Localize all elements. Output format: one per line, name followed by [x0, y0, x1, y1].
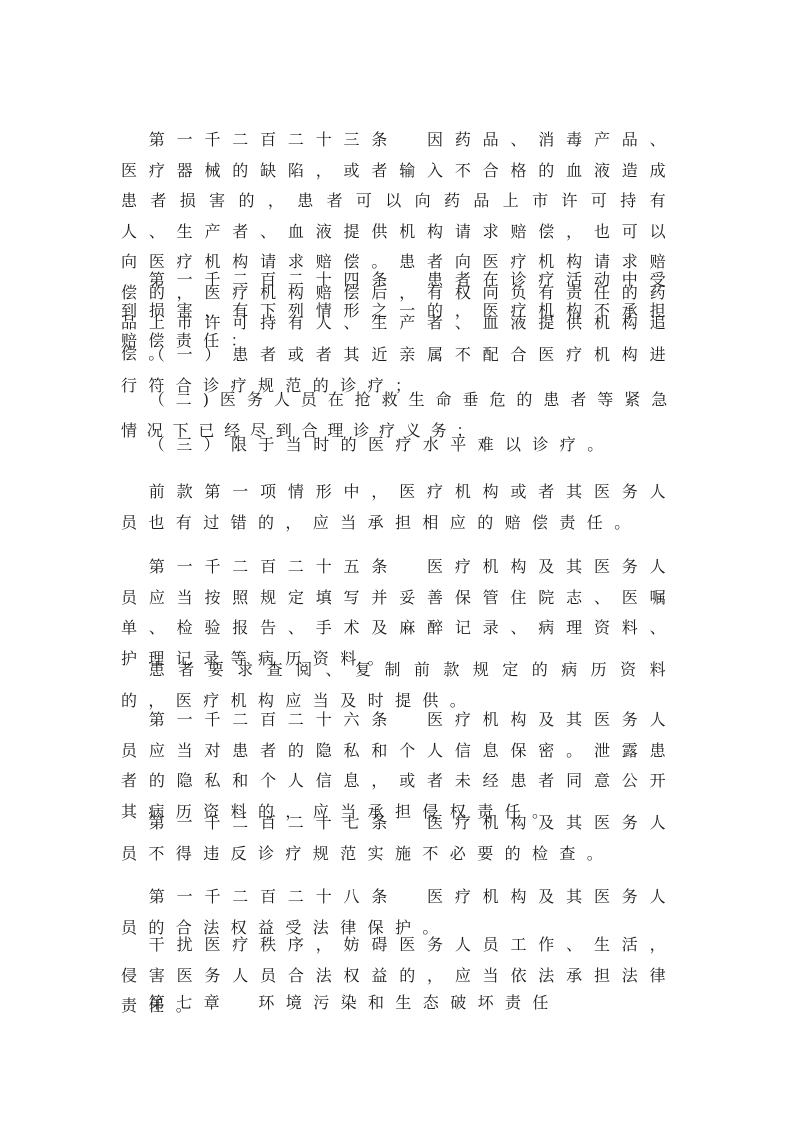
- article-1224-item-3: （三）限于当时的医疗水平难以诊疗。: [121, 430, 677, 461]
- chapter-7-heading: 第七章 环境污染和生态破坏责任: [121, 988, 677, 1019]
- article-1224-paragraph-2: 前款第一项情形中，医疗机构或者其医务人员也有过错的，应当承担相应的赔偿责任。: [121, 477, 677, 538]
- article-1227: 第一千二百二十七条 医疗机构及其医务人员不得违反诊疗规范实施不必要的检查。: [121, 808, 677, 869]
